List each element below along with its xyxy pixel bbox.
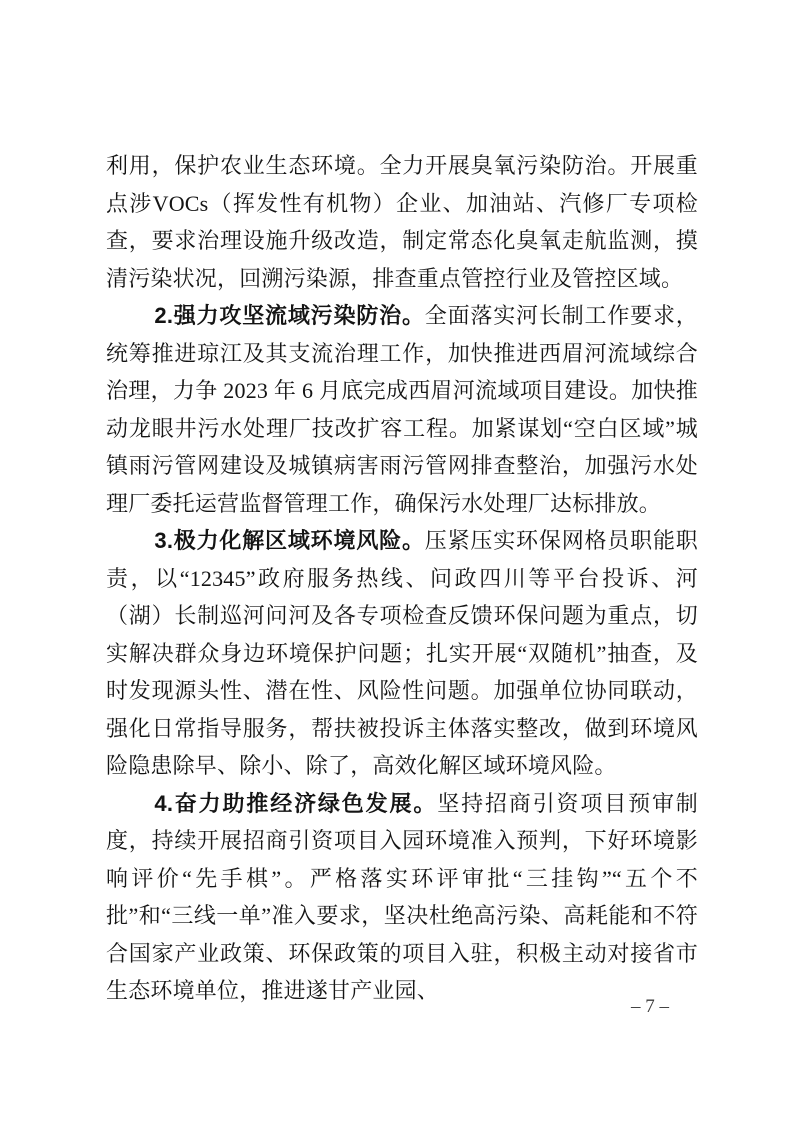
paragraph-item-3-text: 压紧压实环保网格员职能职责，以“12345”政府服务热线、问政四川等平台投诉、河… [106,528,698,778]
paragraph-item-3: 3.极力化解区域环境风险。压紧压实环保网格员职能职责，以“12345”政府服务热… [106,522,698,785]
paragraph-item-2-text: 全面落实河长制工作要求，统筹推进琼江及其支流治理工作，加快推进西眉河流域综合治理… [106,303,698,516]
paragraph-item-2: 2.强力攻坚流域污染防治。全面落实河长制工作要求，统筹推进琼江及其支流治理工作，… [106,297,698,522]
paragraph-item-4: 4.奋力助推经济绿色发展。坚持招商引资项目预审制度，持续开展招商引资项目入园环境… [106,785,698,1010]
document-body: 利用，保护农业生态环境。全力开展臭氧污染防治。开展重点涉VOCs（挥发性有机物）… [106,147,698,1010]
page-number: – 7 – [560,996,740,1018]
paragraph-continuation-text: 利用，保护农业生态环境。全力开展臭氧污染防治。开展重点涉VOCs（挥发性有机物）… [106,153,698,291]
paragraph-item-2-heading: 2.强力攻坚流域污染防治。 [154,303,424,328]
paragraph-item-4-heading: 4.奋力助推经济绿色发展。 [154,791,437,816]
paragraph-item-4-text: 坚持招商引资项目预审制度，持续开展招商引资项目入园环境准入预判，下好环境影响评价… [106,791,698,1004]
paragraph-continuation: 利用，保护农业生态环境。全力开展臭氧污染防治。开展重点涉VOCs（挥发性有机物）… [106,147,698,297]
paragraph-item-3-heading: 3.极力化解区域环境风险。 [154,528,424,553]
document-page: 利用，保护农业生态环境。全力开展臭氧污染防治。开展重点涉VOCs（挥发性有机物）… [0,0,793,1122]
